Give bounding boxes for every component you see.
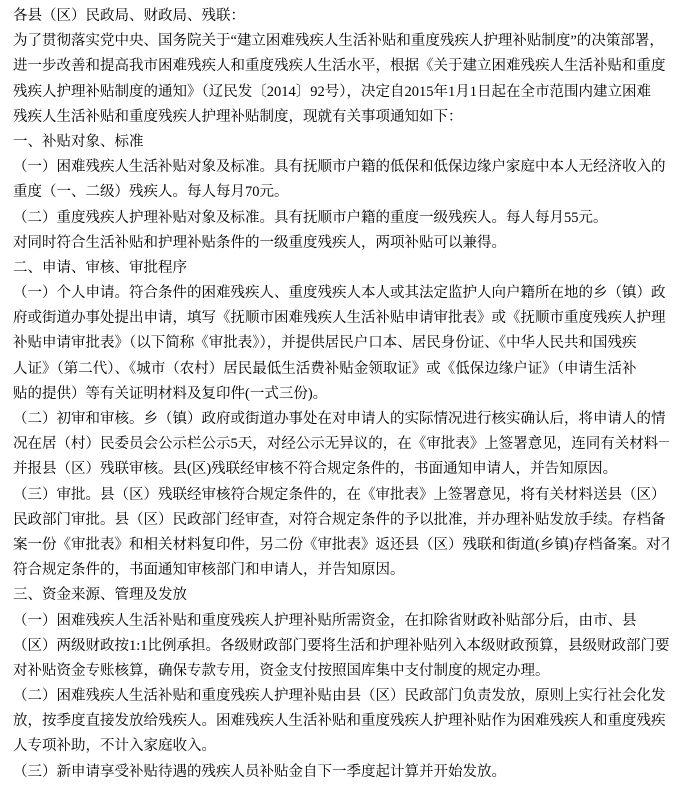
- text-line: （三）审批。县（区）残联经审核符合规定条件的，在《审批表》上签署意见，将有关材料…: [13, 483, 669, 508]
- text-line: （区）两级财政按1:1比例承担。各级财政部门要将生活和护理补贴列入本级财政预算，…: [13, 634, 669, 659]
- text-line: 放，按季度直接发放给残疾人。困难残疾人生活补贴和重度残疾人护理补贴作为困难残疾人…: [13, 709, 669, 734]
- text-line: （二）初审和审核。乡（镇）政府或街道办事处在对申请人的实际情况进行核实确认后，将…: [13, 407, 669, 432]
- text-line: 对补贴资金专账核算，确保专款专用，资金支付按照国库集中支付制度的规定办理。: [13, 659, 669, 684]
- text-line: 二、申请、审核、审批程序: [13, 256, 669, 281]
- text-line: （三）新申请享受补贴待遇的残疾人员补贴金自下一季度起计算并开始发放。: [13, 760, 669, 785]
- text-line: 贴的提供）等有关证明材料及复印件(一式三份)。: [13, 382, 669, 407]
- text-line: （一）个人申请。符合条件的困难残疾人、重度残疾人本人或其法定监护人向户籍所在地的…: [13, 281, 669, 306]
- text-line: 符合规定条件的，书面通知审核部门和申请人，并告知原因。: [13, 558, 669, 583]
- text-line: 人证》（第二代）、《城市（农村）居民最低生活费补贴金领取证》或《低保边缘户证》（…: [13, 357, 669, 382]
- text-line: 残疾人生活补贴和重度残疾人护理补贴制度，现就有关事项通知如下：: [13, 105, 669, 130]
- text-line: （二）困难残疾人生活补贴和重度残疾人护理补贴由县（区）民政部门负责发放，原则上实…: [13, 684, 669, 709]
- text-line: 各县（区）民政局、财政局、残联：: [13, 4, 669, 29]
- text-line: 况在居（村）民委员会公示栏公示5天，对经公示无异议的，在《审批表》上签署意见，连…: [13, 432, 669, 457]
- text-line: 一、补贴对象、标准: [13, 130, 669, 155]
- text-line: 人专项补助，不计入家庭收入。: [13, 734, 669, 759]
- text-line: 民政部门审批。县（区）民政部门经审查，对符合规定条件的予以批准，并办理补贴发放手…: [13, 508, 669, 533]
- text-line: 并报县（区）残联审核。县(区)残联经审核不符合规定条件的，书面通知申请人，并告知…: [13, 457, 669, 482]
- text-line: 府或街道办事处提出申请，填写《抚顺市困难残疾人生活补贴申请审批表》或《抚顺市重度…: [13, 306, 669, 331]
- text-line: 三、资金来源、管理及发放: [13, 583, 669, 608]
- text-line: 对同时符合生活补贴和护理补贴条件的一级重度残疾人，两项补贴可以兼得。: [13, 231, 669, 256]
- document-page: 各县（区）民政局、财政局、残联：为了贯彻落实党中央、国务院关于“建立困难残疾人生…: [0, 0, 677, 786]
- text-line: （一）困难残疾人生活补贴对象及标准。具有抚顺市户籍的低保和低保边缘户家庭中本人无…: [13, 155, 669, 180]
- text-line: 进一步改善和提高我市困难残疾人和重度残疾人生活水平，根据《关于建立困难残疾人生活…: [13, 54, 669, 79]
- document-body: 各县（区）民政局、财政局、残联：为了贯彻落实党中央、国务院关于“建立困难残疾人生…: [0, 0, 677, 785]
- text-line: 重度（一、二级）残疾人。每人每月70元。: [13, 180, 669, 205]
- text-line: （一）困难残疾人生活补贴和重度残疾人护理补贴所需资金，在扣除省财政补贴部分后，由…: [13, 609, 669, 634]
- text-line: 为了贯彻落实党中央、国务院关于“建立困难残疾人生活补贴和重度残疾人护理补贴制度”…: [13, 29, 669, 54]
- text-line: 补贴申请审批表》（以下简称《审批表》），并提供居民户口本、居民身份证、《中华人民…: [13, 331, 669, 356]
- text-line: （二）重度残疾人护理补贴对象及标准。具有抚顺市户籍的重度一级残疾人。每人每月55…: [13, 206, 669, 231]
- text-line: 残疾人护理补贴制度的通知》（辽民发〔2014〕92号），决定自2015年1月1日…: [13, 80, 669, 105]
- text-line: 案一份《审批表》和相关材料复印件，另二份《审批表》返还县（区）残联和街道(乡镇)…: [13, 533, 669, 558]
